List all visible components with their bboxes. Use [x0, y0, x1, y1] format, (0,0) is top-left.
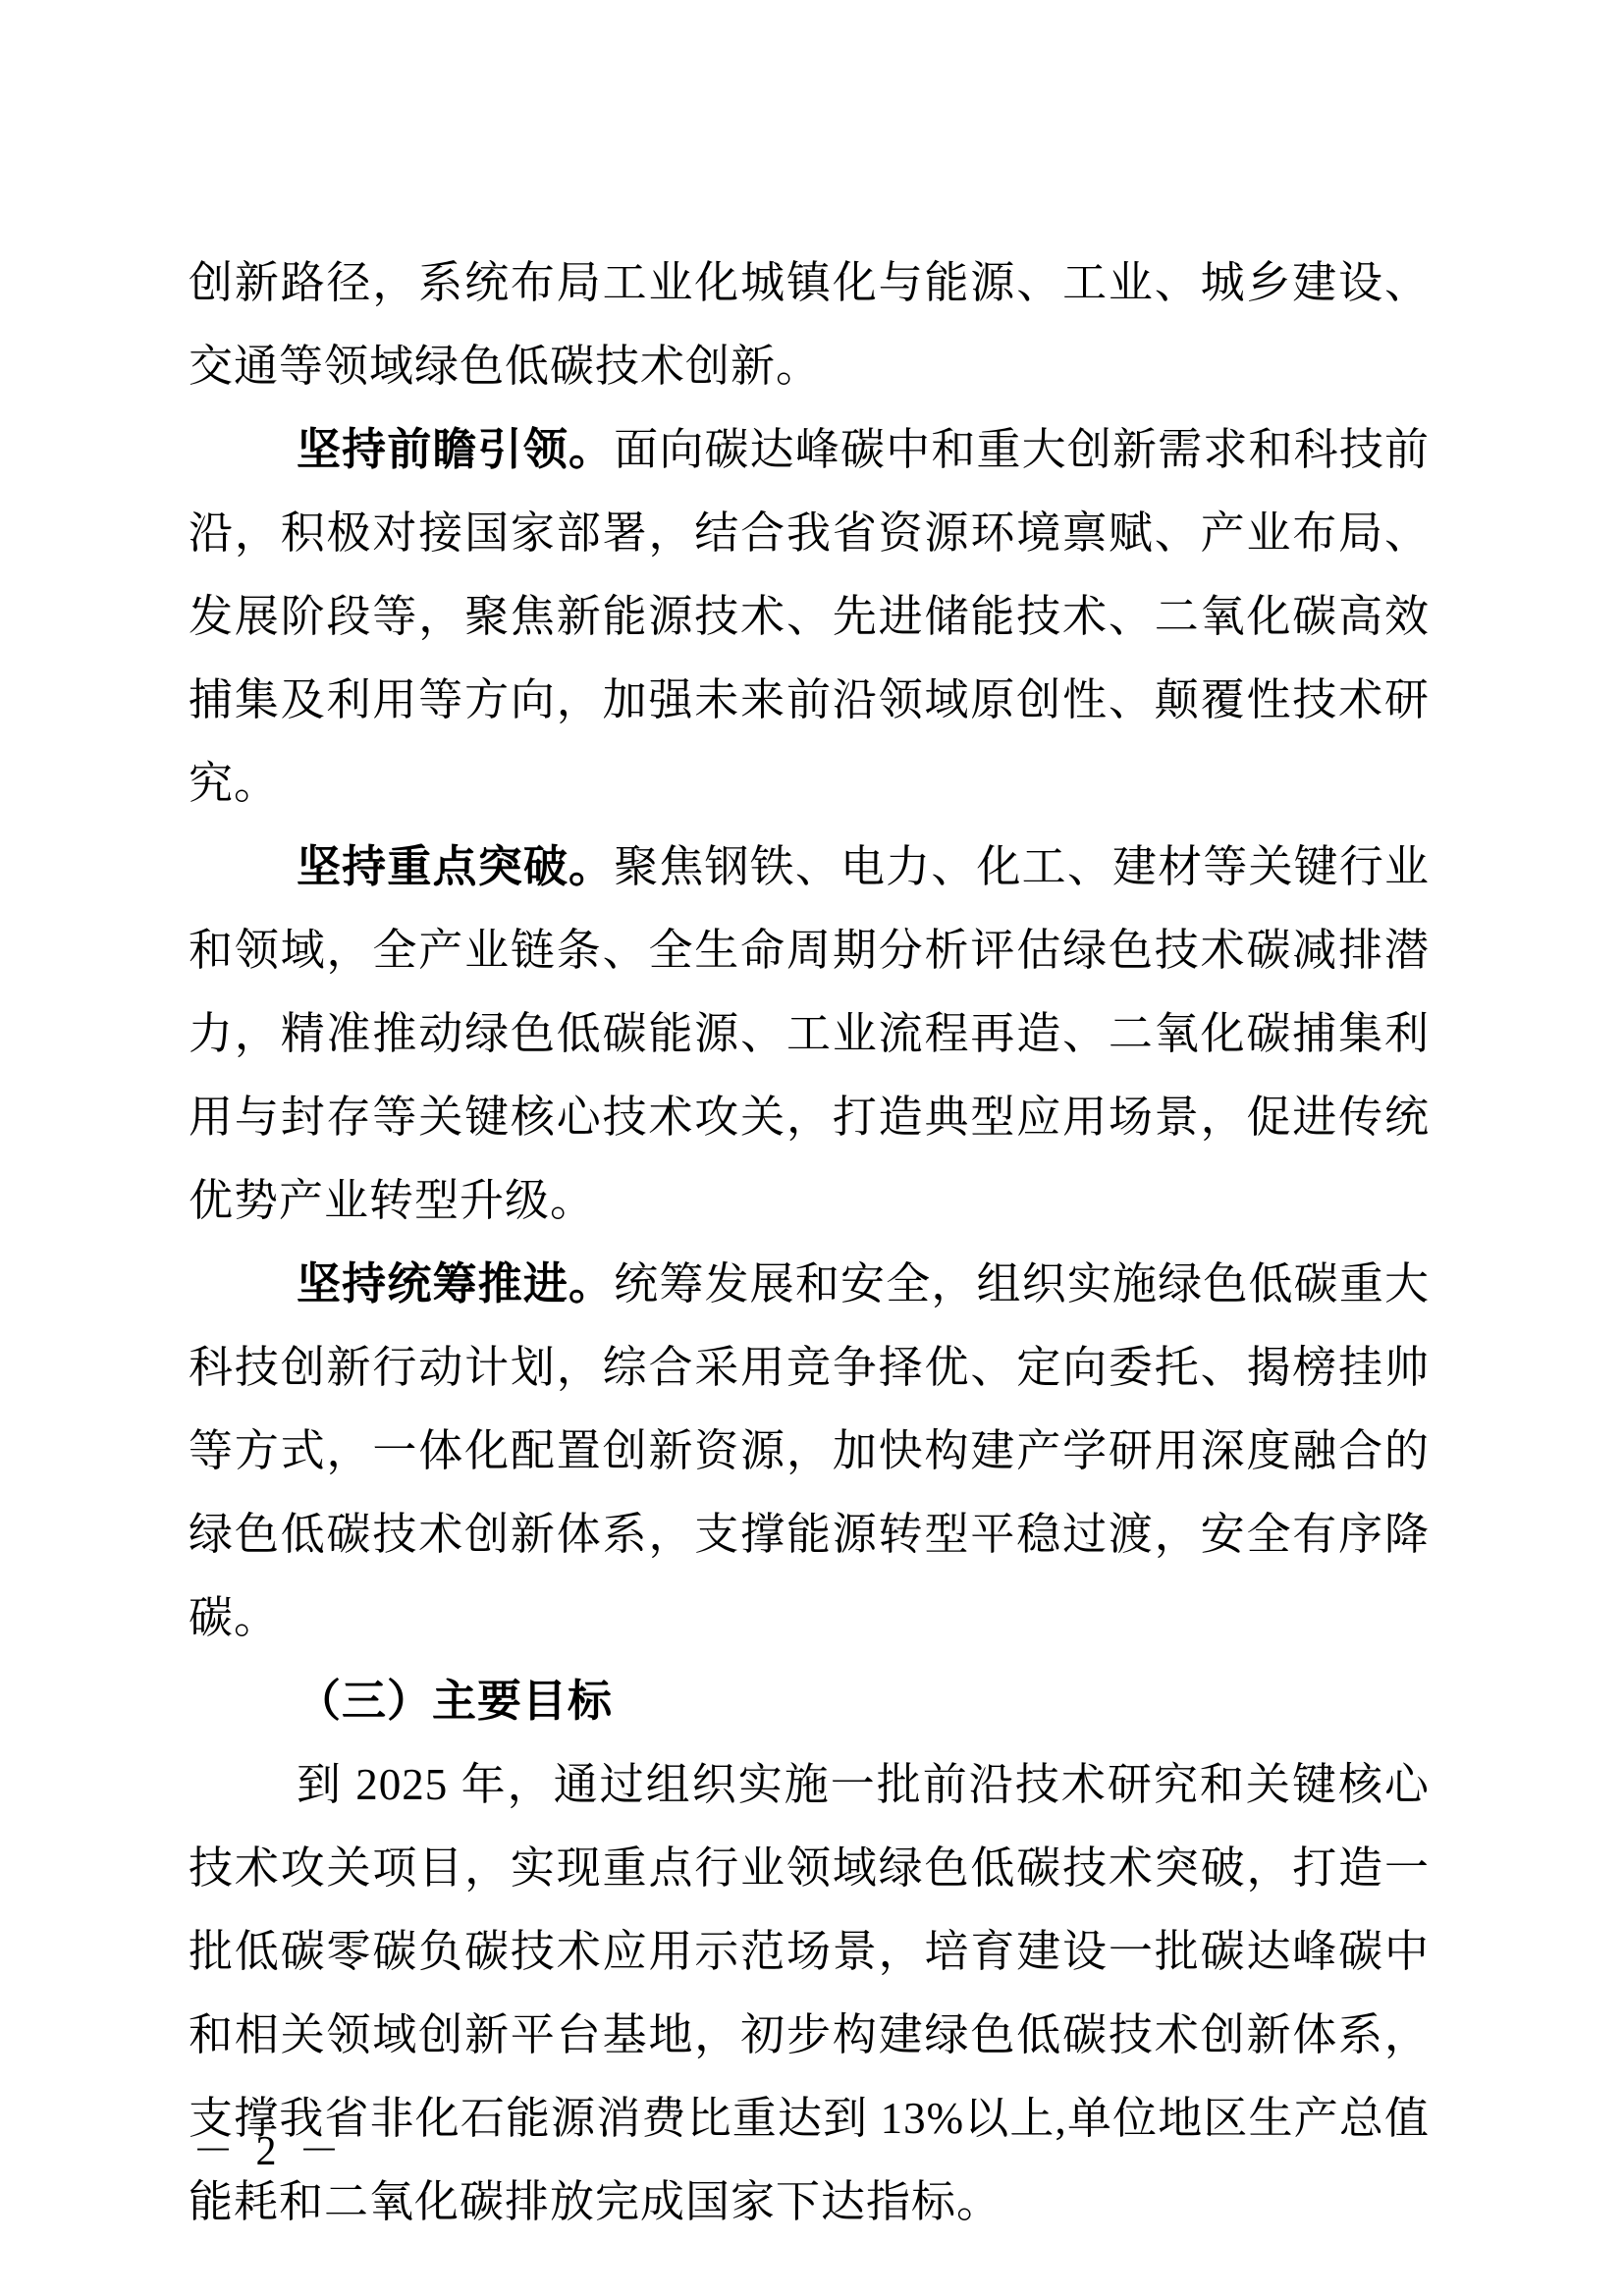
paragraph-text: 聚焦钢铁、电力、化工、建材等关键行业和领域，全产业链条、全生命周期分析评估绿色技… [189, 842, 1430, 1225]
paragraph-zhongdian-tupo: 坚持重点突破。聚焦钢铁、电力、化工、建材等关键行业和领域，全产业链条、全生命周期… [189, 826, 1430, 1243]
section-heading-text: （三）主要目标 [297, 1677, 613, 1726]
document-page: 创新路径，系统布局工业化城镇化与能源、工业、城乡建设、交通等领域绿色低碳技术创新… [0, 0, 1624, 2296]
section-heading-main-goals: （三）主要目标 [189, 1660, 1430, 1743]
page-number: － 2 － [192, 2129, 346, 2174]
paragraph-continuation: 创新路径，系统布局工业化城镇化与能源、工业、城乡建设、交通等领域绿色低碳技术创新… [189, 241, 1430, 408]
paragraph-lead: 坚持统筹推进。 [297, 1259, 614, 1308]
paragraph-qianzhan-yinling: 坚持前瞻引领。面向碳达峰碳中和重大创新需求和科技前沿，积极对接国家部署，结合我省… [189, 408, 1430, 826]
paragraph-text: 创新路径，系统布局工业化城镇化与能源、工业、城乡建设、交通等领域绿色低碳技术创新… [189, 258, 1430, 391]
paragraph-text: 面向碳达峰碳中和重大创新需求和科技前沿，积极对接国家部署，结合我省资源环境禀赋、… [189, 425, 1430, 808]
paragraph-text: 到 2025 年，通过组织实施一批前沿技术研究和关键核心技术攻关项目，实现重点行… [189, 1760, 1430, 2226]
paragraph-2025-goals: 到 2025 年，通过组织实施一批前沿技术研究和关键核心技术攻关项目，实现重点行… [189, 1743, 1430, 2244]
document-body: 创新路径，系统布局工业化城镇化与能源、工业、城乡建设、交通等领域绿色低碳技术创新… [189, 241, 1430, 2244]
paragraph-text: 统筹发展和安全，组织实施绿色低碳重大科技创新行动计划，综合采用竞争择优、定向委托… [189, 1259, 1430, 1642]
page-footer: － 2 － [192, 2118, 346, 2177]
paragraph-lead: 坚持前瞻引领。 [297, 425, 614, 474]
paragraph-tongchou-tuijin: 坚持统筹推进。统筹发展和安全，组织实施绿色低碳重大科技创新行动计划，综合采用竞争… [189, 1243, 1430, 1660]
paragraph-lead: 坚持重点突破。 [297, 842, 614, 891]
